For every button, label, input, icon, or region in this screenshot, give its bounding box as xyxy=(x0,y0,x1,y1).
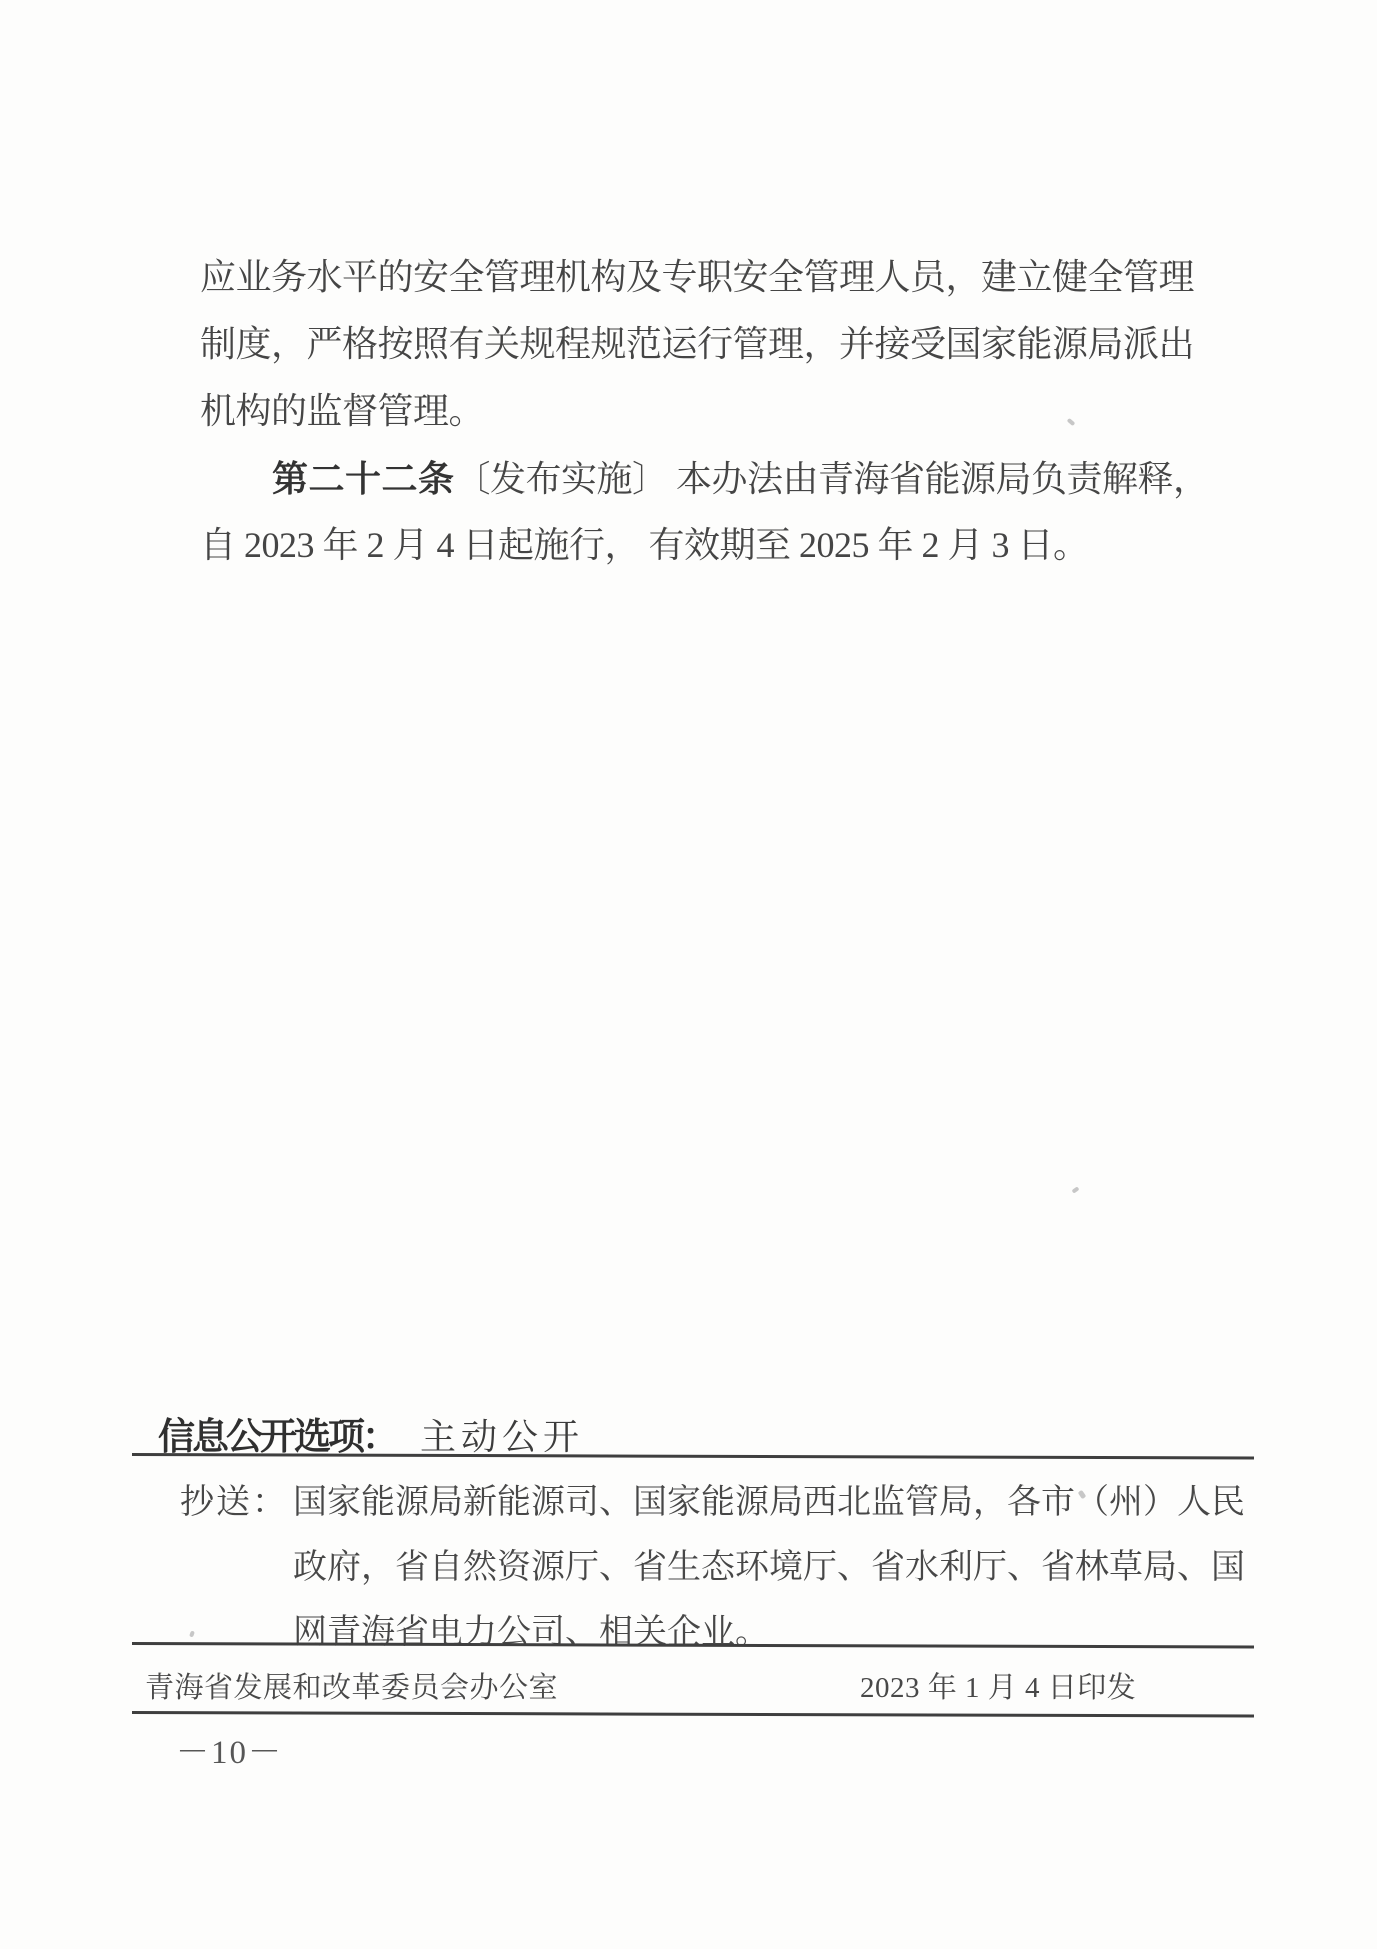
disclosure-label: 信息公开选项： xyxy=(158,1406,396,1460)
divider-line-bottom xyxy=(132,1711,1254,1718)
body-paragraph-line: 应业务水平的安全管理机构及专职安全管理人员，建立健全管理 xyxy=(200,244,1220,311)
imprint-date: 2023 年 1 月 4 日印发 xyxy=(860,1665,1136,1706)
page-number: －10－ xyxy=(176,1726,283,1773)
article-number: 第二十二条 xyxy=(272,458,455,499)
cc-block: 抄送： 国家能源局新能源司、国家能源局西北监管局，各市（州）人民 政府，省自然资… xyxy=(180,1470,1240,1665)
body-paragraph-line: 制度，严格按照有关规程规范运行管理，并接受国家能源局派出 xyxy=(200,311,1220,378)
document-body: 应业务水平的安全管理机构及专职安全管理人员，建立健全管理 制度，严格按照有关规程… xyxy=(200,244,1220,579)
body-paragraph-line: 第二十二条〔发布实施〕 本办法由青海省能源局负责解释， xyxy=(200,445,1220,512)
cc-line: 政府，省自然资源厅、省生态环境厅、省水利厅、省林草局、国 xyxy=(293,1535,1245,1600)
body-paragraph-line: 自 2023 年 2 月 4 日起施行， 有效期至 2025 年 2 月 3 日… xyxy=(200,512,1220,579)
disclosure-heading: 信息公开选项： 主动公开 xyxy=(158,1406,584,1454)
cc-line: 国家能源局新能源司、国家能源局西北监管局，各市（州）人民 xyxy=(293,1470,1245,1535)
scan-artifact xyxy=(1071,1186,1079,1193)
scanned-document-page: 应业务水平的安全管理机构及专职安全管理人员，建立健全管理 制度，严格按照有关规程… xyxy=(0,0,1377,1949)
imprint-issuer: 青海省发展和改革委员会办公室 xyxy=(145,1665,558,1706)
imprint-footer: 青海省发展和改革委员会办公室 2023 年 1 月 4 日印发 xyxy=(145,1660,1195,1710)
disclosure-value: 主动公开 xyxy=(420,1409,584,1460)
cc-line: 网青海省电力公司、相关企业。 xyxy=(293,1600,1245,1665)
article-text: 〔发布实施〕 本办法由青海省能源局负责解释， xyxy=(455,459,1209,499)
body-paragraph-line: 机构的监督管理。 xyxy=(200,378,1220,445)
cc-label: 抄送： xyxy=(180,1470,288,1665)
cc-lines: 国家能源局新能源司、国家能源局西北监管局，各市（州）人民 政府，省自然资源厅、省… xyxy=(293,1470,1245,1665)
